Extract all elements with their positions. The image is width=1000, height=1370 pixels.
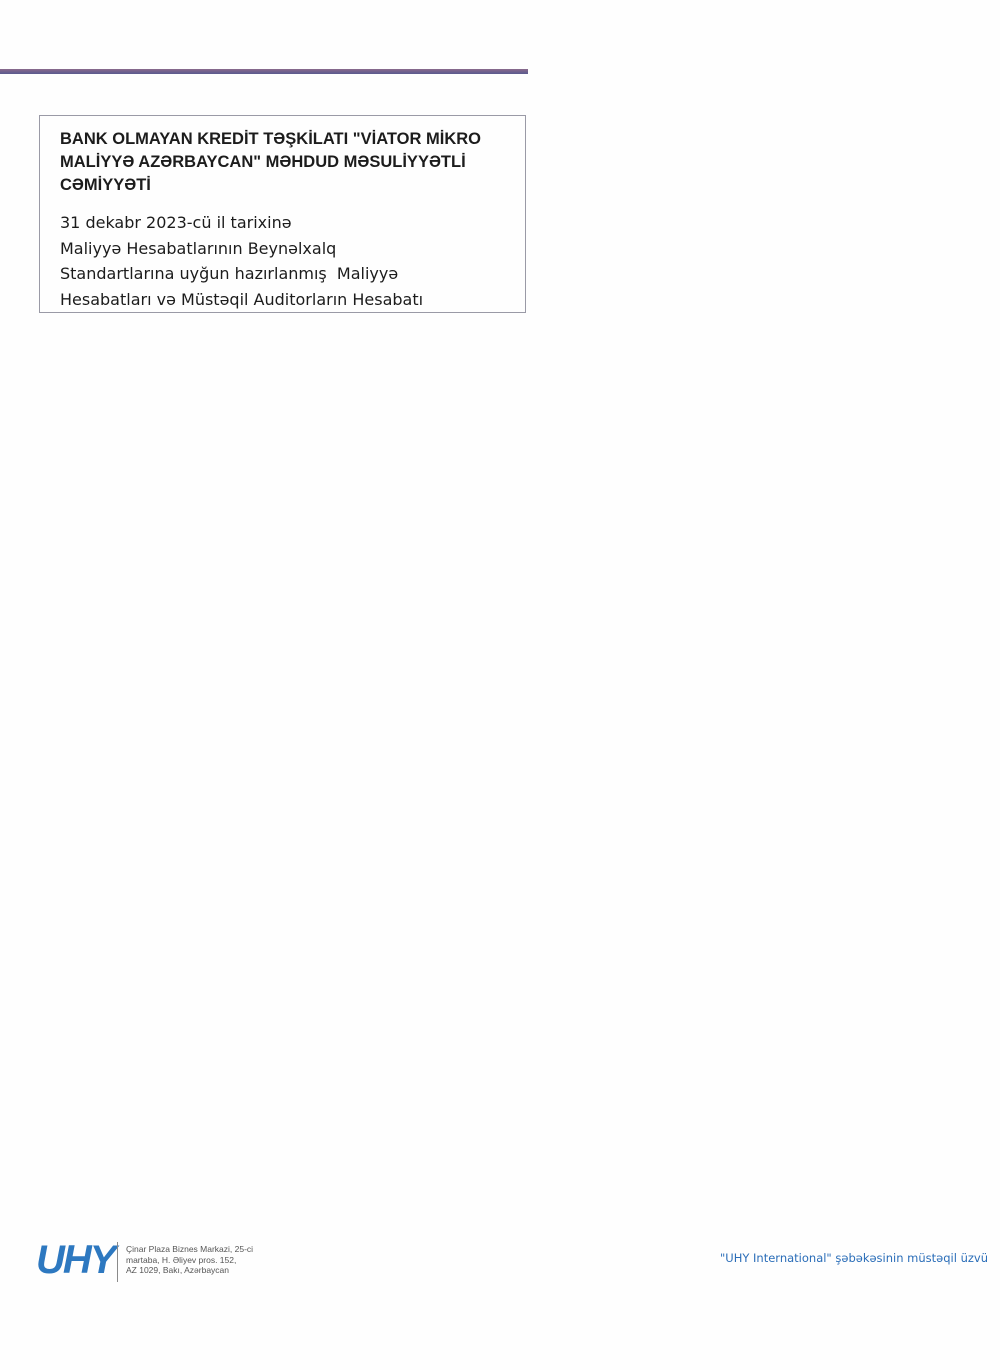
office-address: Çinar Plaza Biznes Markazi, 25-ci martab…: [126, 1244, 253, 1276]
uhy-logo: UHY: [36, 1238, 114, 1283]
address-line: martaba, H. Əliyev pros. 152,: [126, 1255, 253, 1266]
subtitle-line: Standartlarına uyğun hazırlanmış Maliyyə: [60, 261, 520, 287]
report-subtitle: 31 dekabr 2023-cü il tarixinə Maliyyə He…: [60, 210, 520, 312]
network-member-text: "UHY International" şəbəkəsinin müstəqil…: [720, 1251, 988, 1265]
address-line: AZ 1029, Bakı, Azərbaycan: [126, 1265, 253, 1276]
title-box: BANK OLMAYAN KREDİT TƏŞKİLATI "VİATOR Mİ…: [39, 115, 526, 313]
company-title: BANK OLMAYAN KREDİT TƏŞKİLATI "VİATOR Mİ…: [60, 128, 520, 197]
logo-divider: [117, 1242, 118, 1282]
subtitle-line: Maliyyə Hesabatlarının Beynəlxalq: [60, 236, 520, 262]
title-line: CƏMİYYƏTİ: [60, 174, 520, 197]
subtitle-line: 31 dekabr 2023-cü il tarixinə: [60, 210, 520, 236]
title-line: MALİYYƏ AZƏRBAYCAN" MƏHDUD MƏSULİYYƏTLİ: [60, 151, 520, 174]
header-rule: [0, 69, 528, 74]
title-line: BANK OLMAYAN KREDİT TƏŞKİLATI "VİATOR Mİ…: [60, 128, 520, 151]
subtitle-line: Hesabatları və Müstəqil Auditorların Hes…: [60, 287, 520, 313]
address-line: Çinar Plaza Biznes Markazi, 25-ci: [126, 1244, 253, 1255]
